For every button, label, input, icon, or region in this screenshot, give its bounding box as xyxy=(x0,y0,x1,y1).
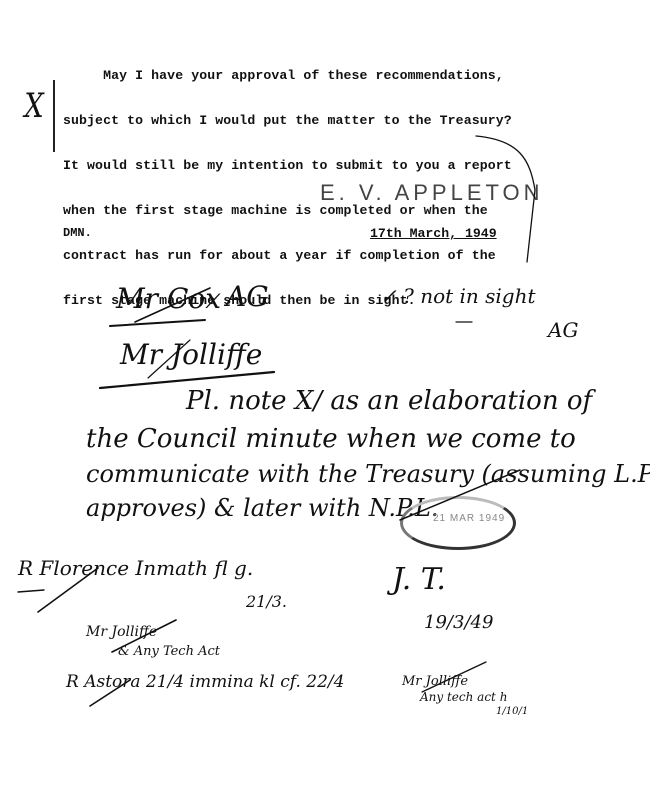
typed-line: contract has run for about a year if com… xyxy=(63,248,583,263)
received-stamp-text: 21 MAR 1949 xyxy=(433,513,505,524)
handwritten-routing-2-note: & Any Tech Act xyxy=(118,644,220,659)
received-date-stamp: 21 MAR 1949 xyxy=(400,496,516,550)
signature-stamp: E. V. APPLETON xyxy=(320,180,544,206)
handwritten-query: ✓ ? not in sight xyxy=(380,284,536,308)
typed-line: subject to which I would put the matter … xyxy=(63,113,583,128)
handwritten-note-line: Pl. note X/ as an elaboration of xyxy=(186,386,592,416)
handwritten-routing-1: R Florence Inmath fl g. xyxy=(18,556,253,580)
handwritten-note-line: approves) & later with N.P.L. xyxy=(86,494,438,522)
reference-initials: DMN. xyxy=(63,226,92,240)
handwritten-initials: AG xyxy=(226,280,269,313)
handwritten-routing-1-date: 21/3. xyxy=(246,592,287,611)
handwritten-routing-4-to: Mr Jolliffe xyxy=(402,674,468,689)
handwritten-routing-3: R Astora 21/4 immina kl cf. 22/4 xyxy=(66,672,344,692)
margin-x-mark: X xyxy=(24,86,43,126)
handwritten-note-line: communicate with the Treasury (assuming … xyxy=(86,460,650,488)
handwritten-initials-right: AG xyxy=(548,318,578,342)
margin-sideline xyxy=(53,80,55,152)
handwritten-addressee-jolliffe: Mr Jolliffe xyxy=(120,338,262,371)
document-page: May I have your approval of these recomm… xyxy=(0,0,650,798)
handwritten-routing-2-to: Mr Jolliffe xyxy=(86,624,157,640)
handwritten-note-line: the Council minute when we come to xyxy=(86,424,576,454)
handwritten-initial-mark: J. T. xyxy=(392,562,446,597)
handwritten-addressee-cox: Mr Cox xyxy=(116,282,221,315)
document-date: 17th March, 1949 xyxy=(370,226,497,241)
handwritten-routing-4-date: 1/10/1 xyxy=(496,706,528,717)
handwritten-routing-4-note: Any tech act h xyxy=(420,690,507,704)
handwritten-initial-date: 19/3/49 xyxy=(424,612,493,633)
typed-line: It would still be my intention to submit… xyxy=(63,158,583,173)
typed-line: May I have your approval of these recomm… xyxy=(63,68,583,83)
